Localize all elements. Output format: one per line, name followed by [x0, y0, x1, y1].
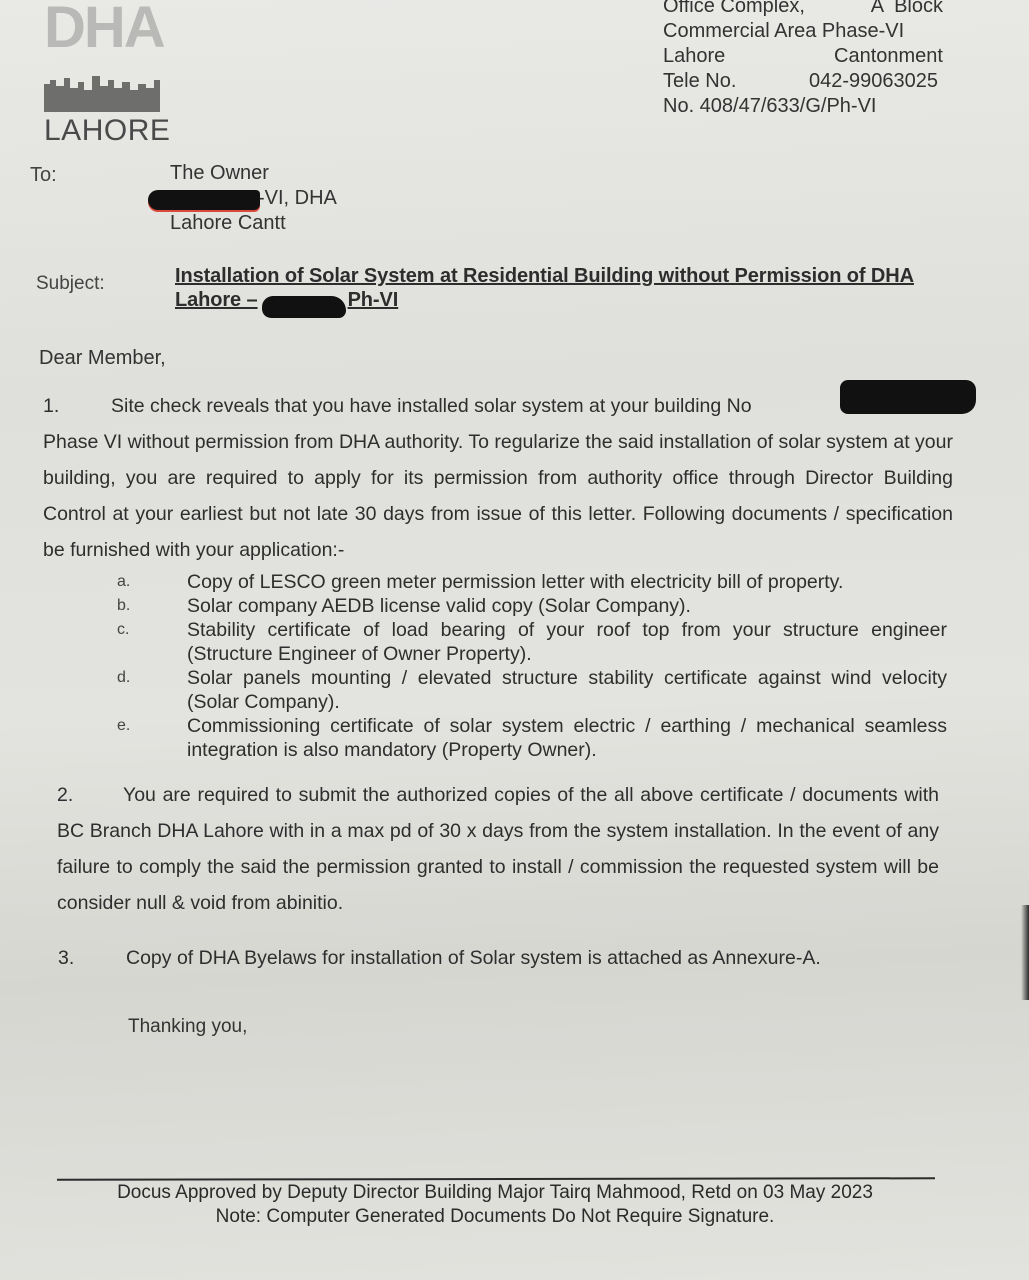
- redaction-mark: [262, 296, 346, 318]
- list-item: e. Commissioning certificate of solar sy…: [117, 714, 947, 762]
- to-label: To:: [30, 164, 57, 187]
- list-item: b. Solar company AEDB license valid copy…: [117, 594, 947, 618]
- signature-note: Note: Computer Generated Documents Do No…: [60, 1205, 930, 1229]
- subject-label: Subject:: [36, 273, 105, 295]
- dha-logo: DHA: [44, 0, 160, 112]
- paragraph-number: 2.: [57, 777, 123, 813]
- page-edge-shadow: [1021, 905, 1029, 1000]
- paragraph-number: 1.: [43, 388, 111, 424]
- office-phone: Tele No. 042-99063025: [663, 69, 938, 94]
- redaction-mark: [840, 380, 976, 414]
- office-line: Lahore Cantonment: [663, 44, 943, 69]
- logo-city-name: LAHORE: [44, 114, 170, 148]
- approval-line: Docus Approved by Deputy Director Buildi…: [60, 1181, 930, 1205]
- salutation: Dear Member,: [39, 347, 166, 370]
- footer: Docus Approved by Deputy Director Buildi…: [60, 1181, 930, 1229]
- closing: Thanking you,: [128, 1016, 247, 1038]
- paragraph-1: 1. Site check reveals that you have inst…: [43, 388, 953, 568]
- city-skyline-icon: [44, 76, 160, 112]
- requirements-list: a. Copy of LESCO green meter permission …: [117, 570, 947, 762]
- office-address: Office Complex, A Block Commercial Area …: [663, 0, 943, 119]
- reference-number: No. 408/47/633/G/Ph-VI: [663, 94, 943, 119]
- list-item: d. Solar panels mounting / elevated stru…: [117, 666, 947, 714]
- list-item: c. Stability certificate of load bearing…: [117, 618, 947, 666]
- paragraph-2: 2.You are required to submit the authori…: [57, 777, 939, 921]
- office-line: Commercial Area Phase-VI: [663, 19, 943, 44]
- list-item: a. Copy of LESCO green meter permission …: [117, 570, 947, 594]
- redaction-mark: [148, 190, 260, 210]
- paragraph-3: 3.Copy of DHA Byelaws for installation o…: [58, 940, 938, 976]
- paragraph-number: 3.: [58, 940, 126, 976]
- office-line: Office Complex, A Block: [663, 0, 943, 19]
